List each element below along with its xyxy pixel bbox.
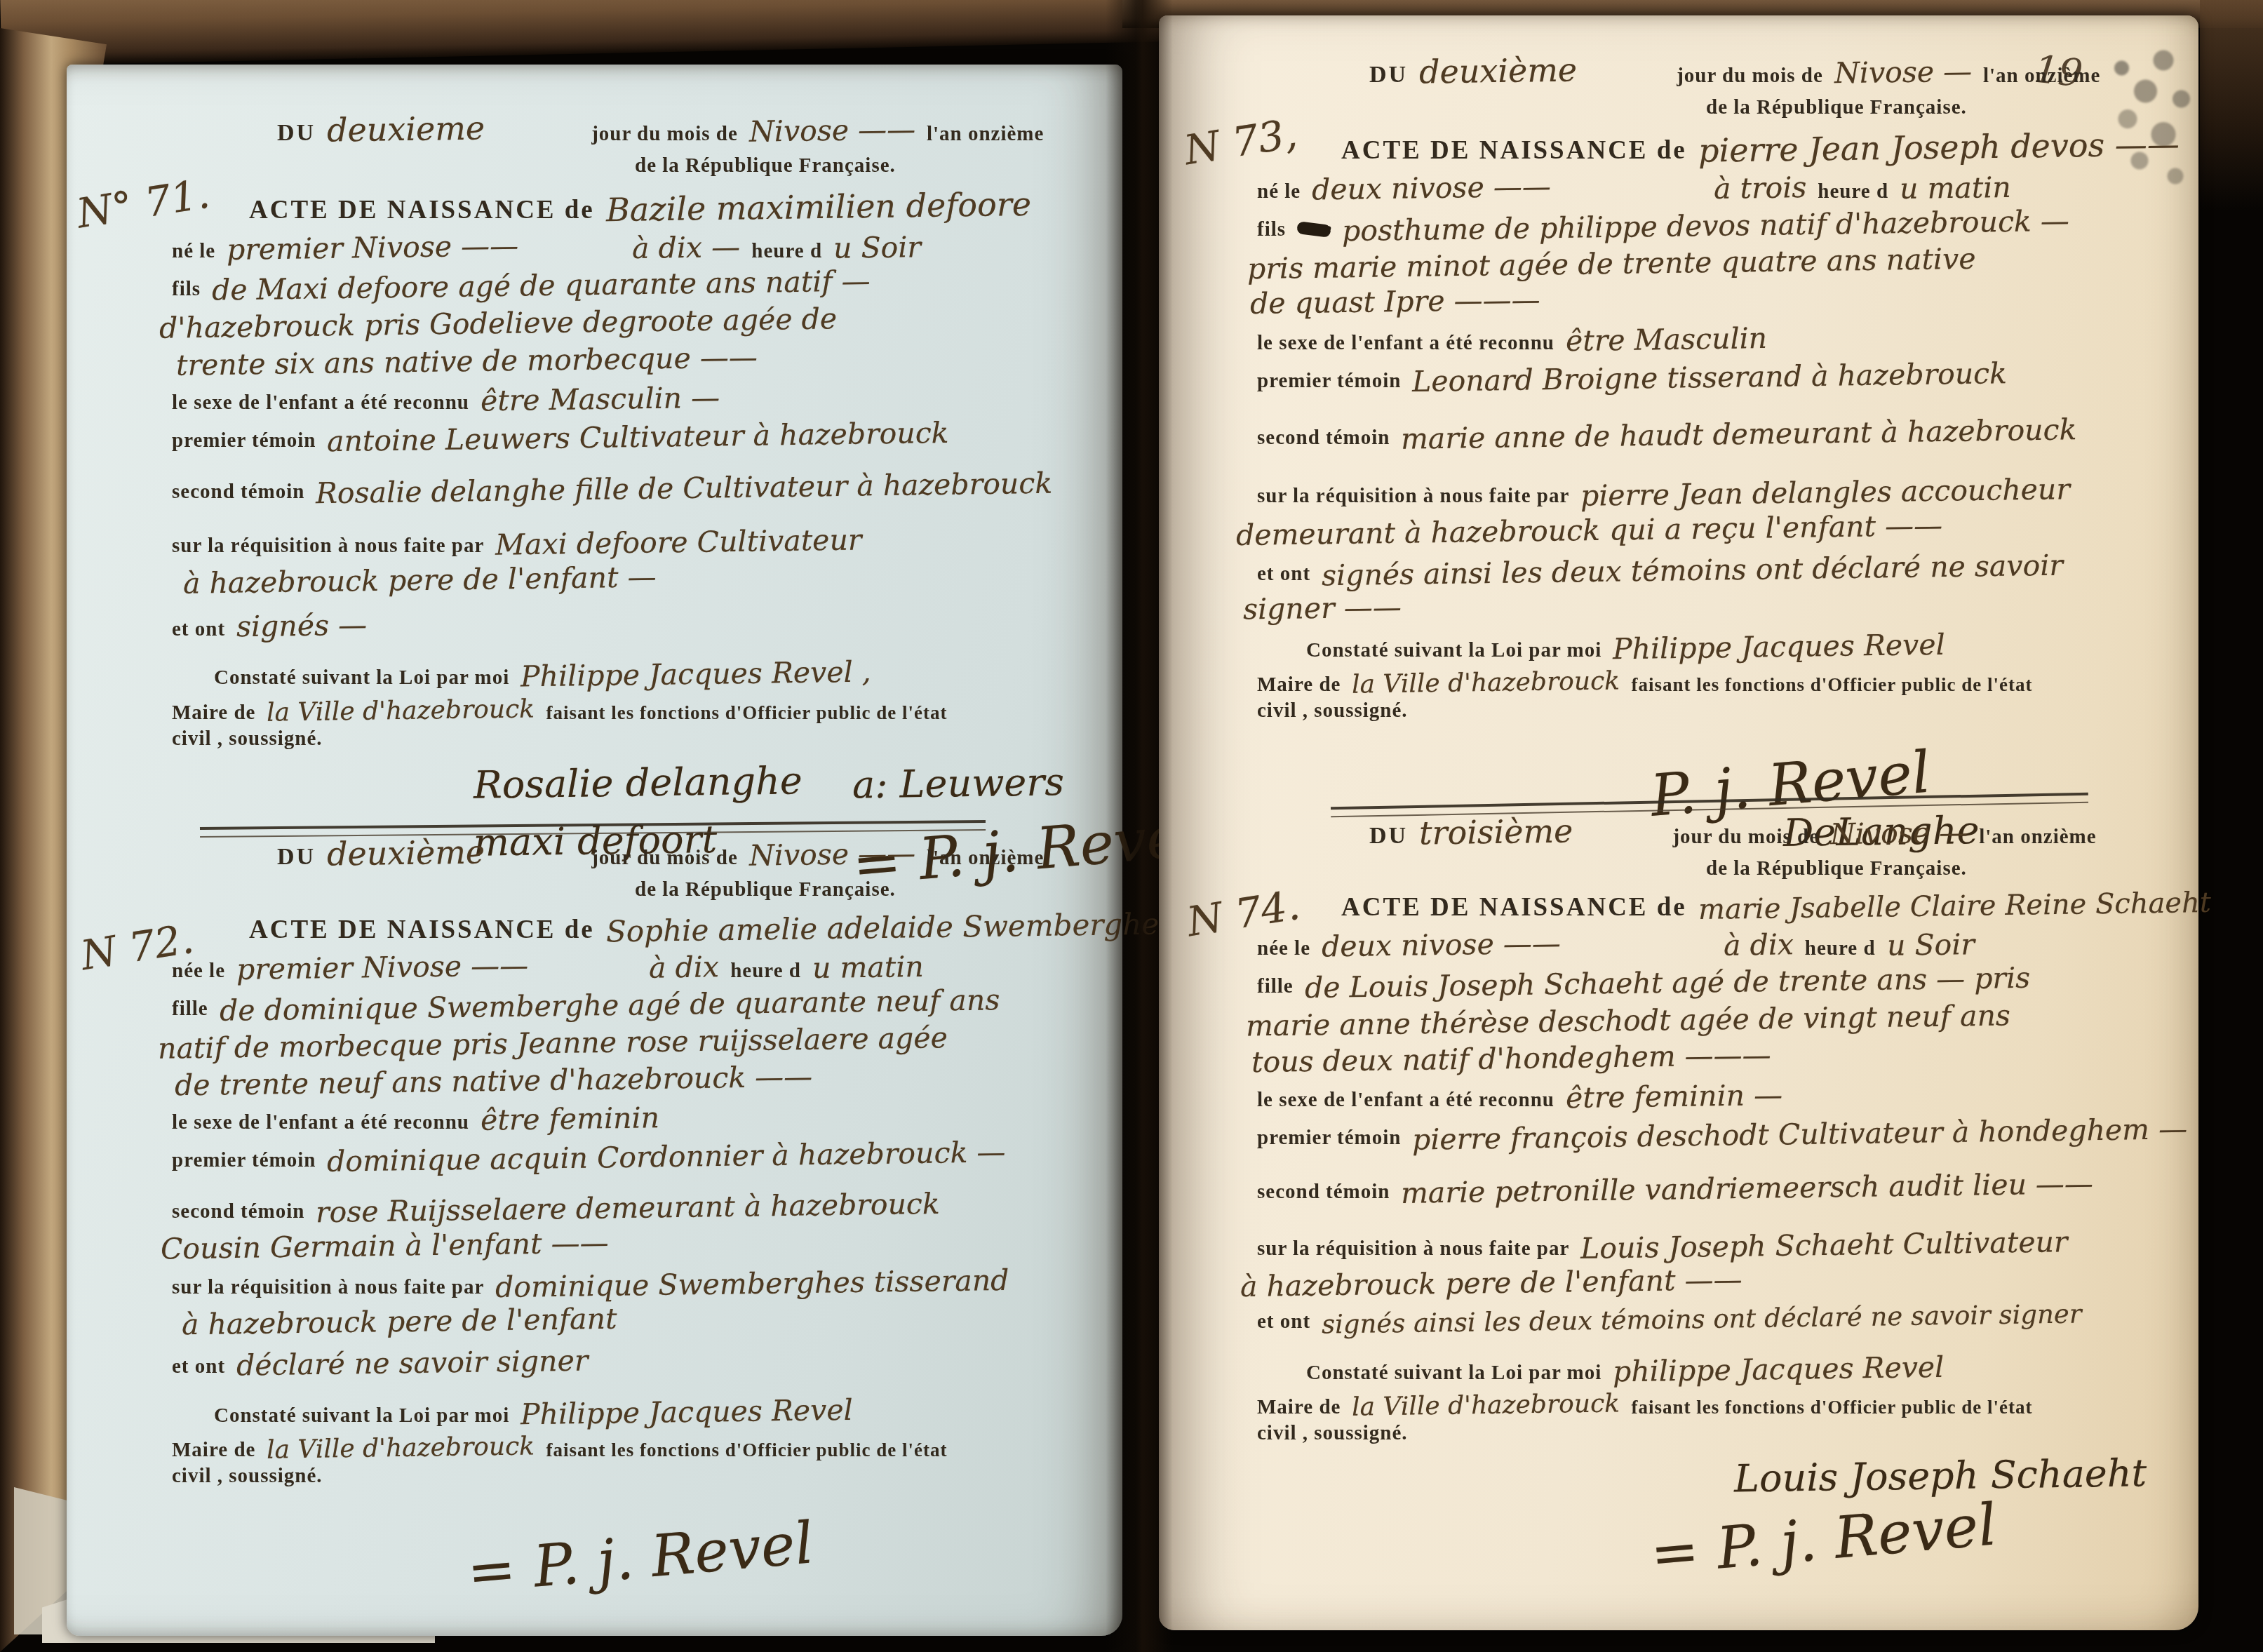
acte-label: ACTE DE NAISSANCE de (1341, 892, 1687, 922)
republique-line: de la République Française. (635, 154, 1098, 177)
civil-label: civil , soussigné. (1257, 1422, 1408, 1445)
premier-temoin-label: premier témoin (172, 429, 316, 452)
jour-label: jour du mois de (591, 123, 738, 146)
witness2-line: second témoin Rosalie delanghe fille de … (172, 474, 1098, 504)
signature-a-leuwers: a: Leuwers (852, 760, 1200, 805)
day-entry: deuxième (1419, 53, 1578, 88)
mother-entry: natif de morbecque pris Jeanne rose ruij… (158, 1023, 948, 1064)
witness2-entry: marie petronille vandriemeersch audit li… (1401, 1169, 2093, 1209)
an-label: l'an onzième (927, 847, 1044, 870)
acte-label: ACTE DE NAISSANCE de (1341, 135, 1687, 166)
requisition-label: sur la réquisition à nous faite par (172, 1276, 484, 1299)
witness2-entry-2: Cousin Germain à l'enfant —— (161, 1228, 609, 1265)
constate-label: Constaté suivant la Loi par moi (214, 1404, 509, 1428)
requisitioner-entry-2: à hazebrouck pere de l'enfant (182, 1304, 617, 1341)
du-label: DU (1369, 823, 1408, 849)
birth-date: premier Nivose —— (236, 951, 529, 985)
book-binding-top (0, 0, 1166, 66)
official-name: Philippe Jacques Revel (1613, 629, 1945, 664)
month-entry: Nivose — (1834, 57, 1972, 89)
official-name: Philippe Jacques Revel (521, 1395, 853, 1430)
requisitioner-entry: Louis Joseph Schaeht Cultivateur (1580, 1227, 2068, 1264)
fille-label: fille (1257, 975, 1294, 998)
ville-entry: la Ville d'hazebrouck (1352, 668, 1620, 698)
register-photo: N° 71. DU deuxieme jour du mois de Nivos… (0, 0, 2263, 1652)
witness2-line: second témoin rose Ruijsselaere demeuran… (172, 1193, 1098, 1223)
second-temoin-label: second témoin (172, 481, 304, 504)
mother-entry-2: de trente neuf ans native d'hazebrouck —… (175, 1062, 813, 1101)
parent-line: fils de Maxi defoore agé de quarante ans… (172, 271, 1098, 301)
republique-line: de la République Française. (1706, 96, 2183, 119)
witness1-entry: Leonard Broigne tisserand à hazebrouck (1412, 358, 2007, 397)
signed-line: et ont déclaré ne savoir signer (172, 1348, 1098, 1378)
left-page: N° 71. DU deuxieme jour du mois de Nivos… (67, 65, 1122, 1636)
an-label: l'an onzième (927, 123, 1044, 146)
sexe-label: le sexe de l'enfant a été reconnu (172, 391, 469, 415)
sex-entry: être Masculin (1566, 323, 1768, 356)
child-name: pierre Jean Joseph devos —— (1698, 127, 2179, 168)
et-ont-label: et ont (1257, 1310, 1310, 1334)
month-entry: Nivose — (1830, 818, 1968, 850)
maire-line: Maire de la Ville d'hazebrouck faisant l… (1257, 670, 2183, 697)
month-entry: Nivose —— (748, 838, 915, 871)
fonctions-label: faisant les fonctions d'Officier public … (1631, 1397, 2032, 1418)
requisition-line-2: demeurant à hazebrouck qui a reçu l'enfa… (1236, 516, 2183, 546)
acte-label: ACTE DE NAISSANCE de (249, 915, 595, 945)
maire-line: Maire de la Ville d'hazebrouck faisant l… (172, 1435, 1098, 1462)
sexe-label: le sexe de l'enfant a été reconnu (1257, 1089, 1554, 1112)
fils-label: fils (1257, 218, 1286, 241)
parent-line: pris marie minot agée de trente quatre a… (1247, 249, 2183, 279)
sex-entry: être feminin — (1566, 1080, 1783, 1113)
parent-line: fils posthume de philippe devos natif d'… (1257, 211, 2183, 241)
republique-label: de la République Française. (635, 154, 896, 177)
constate-line: Constaté suivant la Loi par moi Philippe… (1306, 632, 2183, 662)
birth-period: u matin (812, 952, 924, 983)
acte-line: ACTE DE NAISSANCE de pierre Jean Joseph … (1341, 130, 2183, 166)
sex-line: le sexe de l'enfant a été reconnu être f… (172, 1104, 1098, 1134)
constate-line: Constaté suivant la Loi par moi philippe… (1306, 1355, 2183, 1385)
requisition-line: sur la réquisition à nous faite par Loui… (1257, 1230, 2183, 1261)
sexe-label: le sexe de l'enfant a été reconnu (1257, 332, 1554, 355)
father-entry: de Louis Joseph Schaeht agé de trente an… (1304, 963, 2030, 1003)
requisitioner-entry: pierre Jean delangles accoucheur (1580, 474, 2071, 511)
civil-label: civil , soussigné. (172, 727, 323, 751)
requisition-label: sur la réquisition à nous faite par (172, 535, 484, 558)
maire-label: Maire de (1257, 673, 1341, 697)
day-entry: deuxième (327, 835, 485, 871)
sex-entry: être feminin (481, 1103, 660, 1136)
civil-line: civil , soussigné. (1257, 1422, 2183, 1445)
month-entry: Nivose —— (748, 114, 915, 147)
jour-label: jour du mois de (1677, 65, 1823, 88)
father-entry: posthume de philippe devos natif d'hazeb… (1342, 206, 2069, 247)
witness2-entry: Rosalie delanghe fille de Cultivateur à … (316, 469, 1053, 509)
civil-line: civil , soussigné. (1257, 699, 2183, 723)
du-label: DU (277, 120, 316, 147)
signatures: = P. j. Revel (466, 1516, 1098, 1576)
father-entry: de dominique Swemberghe agé de quarante … (219, 985, 1000, 1026)
requisition-line: sur la réquisition à nous faite par domi… (172, 1269, 1098, 1299)
maire-line: Maire de la Ville d'hazebrouck faisant l… (1257, 1392, 2183, 1419)
day-entry: deuxieme (327, 111, 485, 147)
child-name: marie Jsabelle Claire Reine Schaeht (1698, 888, 2211, 925)
father-entry: de Maxi defoore agé de quarante ans nati… (212, 266, 871, 305)
an-label: l'an onzième (1979, 826, 2096, 849)
sexe-label: le sexe de l'enfant a été reconnu (172, 1111, 469, 1134)
republique-label: de la République Française. (1706, 96, 1967, 119)
requisitioner-entry-2: demeurant à hazebrouck qui a reçu l'enfa… (1236, 511, 1943, 551)
heure-label: heure d (730, 960, 801, 983)
mother-entry-2: de quast Ipre ——— (1250, 285, 1540, 319)
witness2-line: second témoin marie anne de haudt demeur… (1257, 419, 2183, 450)
republique-label: de la République Française. (1706, 857, 1967, 880)
signed-entry: signés ainsi les deux témoins ont déclar… (1322, 551, 2063, 591)
ne-label: né le (1257, 180, 1301, 203)
jour-label: jour du mois de (1672, 826, 1819, 849)
witness2-entry: rose Ruijsselaere demeurant à hazebrouck (316, 1189, 940, 1228)
date-header: DU troisième jour du mois de Nivose — l'… (1369, 815, 2183, 849)
official-name: philippe Jacques Revel (1613, 1352, 1945, 1388)
jour-label: jour du mois de (591, 847, 738, 870)
witness1-line: premier témoin antoine Leuwers Cultivate… (172, 422, 1098, 452)
signatures: Louis Joseph Schaeht = P. j. Revel (1650, 1456, 2183, 1562)
du-label: DU (277, 844, 316, 871)
parent-line: d'hazebrouck pris Godelieve degroote agé… (159, 309, 1098, 339)
requisitioner-entry: Maxi defoore Cultivateur (495, 525, 862, 560)
birth-date: deux nivose —— (1322, 929, 1561, 962)
acte-label: ACTE DE NAISSANCE de (249, 195, 595, 225)
requisitioner-entry-2: à hazebrouck pere de l'enfant — (183, 563, 657, 599)
ne-label: né le (172, 240, 215, 263)
child-name: Bazile maximilien defoore (605, 187, 1031, 227)
parent-line: de quast Ipre ——— (1250, 287, 2183, 317)
ville-entry: la Ville d'hazebrouck (267, 1433, 535, 1463)
signature-rosalie-delanghe: Rosalie delanghe (474, 760, 853, 805)
birth-date: deux nivose —— (1312, 172, 1551, 206)
constate-label: Constaté suivant la Loi par moi (214, 666, 509, 690)
birth-record-73: DU deuxième jour du mois de Nivose — l'a… (1257, 54, 2183, 850)
birth-hour: à dix (649, 952, 720, 983)
witness2-entry: marie anne de haudt demeurant à hazebrou… (1401, 415, 2077, 455)
mother-entry: marie anne thérèse deschodt agée de ving… (1246, 1000, 2010, 1041)
acte-line: ACTE DE NAISSANCE de Bazile maximilien d… (249, 190, 1098, 225)
mother-entry: pris marie minot agée de trente quatre a… (1247, 244, 1976, 285)
witness1-line: premier témoin dominique acquin Cordonni… (172, 1142, 1098, 1172)
parent-line: marie anne thérèse deschodt agée de ving… (1246, 1006, 2183, 1036)
constate-line: Constaté suivant la Loi par moi Philippe… (214, 659, 1098, 690)
ville-entry: la Ville d'hazebrouck (267, 696, 535, 726)
parent-line: fille de Louis Joseph Schaeht agé de tre… (1257, 968, 2183, 998)
ne-label: née le (172, 960, 225, 983)
parent-line: natif de morbecque pris Jeanne rose ruij… (158, 1028, 1098, 1059)
requisition-line-2: à hazebrouck pere de l'enfant (182, 1307, 1098, 1337)
acte-line: ACTE DE NAISSANCE de marie Jsabelle Clai… (1341, 892, 2183, 922)
date-header: DU deuxieme jour du mois de Nivose —— l'… (277, 112, 1098, 147)
mother-entry: d'hazebrouck pris Godelieve degroote agé… (159, 304, 838, 344)
constate-label: Constaté suivant la Loi par moi (1306, 639, 1601, 662)
et-ont-label: et ont (1257, 563, 1310, 586)
witness2-line: second témoin marie petronille vandrieme… (1257, 1174, 2183, 1204)
date-header: DU deuxième jour du mois de Nivose —— l'… (277, 836, 1098, 871)
et-ont-label: et ont (172, 618, 225, 641)
parent-line: trente six ans native de morbecque —— (176, 347, 1098, 377)
ville-entry: la Ville d'hazebrouck (1352, 1391, 1620, 1421)
et-ont-label: et ont (172, 1355, 225, 1378)
parent-line: de trente neuf ans native d'hazebrouck —… (175, 1066, 1098, 1096)
maire-label: Maire de (1257, 1396, 1341, 1419)
birth-hour: à dix (1724, 929, 1794, 960)
birth-period: u Soir (1886, 929, 1975, 961)
heure-label: heure d (1818, 180, 1888, 203)
maire-label: Maire de (172, 1439, 255, 1462)
mother-entry-2: trente six ans native de morbecque —— (176, 342, 758, 381)
fonctions-label: faisant les fonctions d'Officier public … (546, 1439, 947, 1461)
witness1-entry: dominique acquin Cordonnier à hazebrouck… (327, 1137, 1006, 1177)
heure-label: heure d (1805, 937, 1876, 960)
second-temoin-label: second témoin (1257, 1181, 1390, 1204)
requisitioner-entry: dominique Swemberghes tisserand (495, 1265, 1009, 1303)
fils-label: fils (172, 278, 201, 301)
du-label: DU (1369, 62, 1408, 88)
parent-line: tous deux natif d'hondeghem ——— (1251, 1044, 2183, 1074)
fonctions-label: faisant les fonctions d'Officier public … (546, 702, 947, 724)
requisition-line-2: à hazebrouck pere de l'enfant — (183, 565, 1098, 596)
child-name: Sophie amelie adelaide Swemberghe (606, 908, 1160, 947)
acte-line: ACTE DE NAISSANCE de Sophie amelie adela… (249, 913, 1098, 945)
signed-line: et ont signés — (172, 611, 1098, 641)
birth-line: née le deux nivose —— à dix heure d u So… (1257, 930, 2183, 960)
sex-line: le sexe de l'enfant a été reconnu être M… (172, 384, 1098, 415)
an-label: l'an onzième (1983, 65, 2100, 88)
signed-line-2: signer —— (1243, 593, 2183, 624)
constate-label: Constaté suivant la Loi par moi (1306, 1362, 1601, 1385)
day-entry: troisième (1419, 814, 1573, 849)
birth-record-71: DU deuxieme jour du mois de Nivose —— l'… (172, 112, 1098, 881)
official-name: Philippe Jacques Revel , (521, 657, 871, 692)
constate-line: Constaté suivant la Loi par moi Philippe… (214, 1397, 1098, 1428)
birth-hour: à dix — (632, 232, 741, 264)
signed-line: et ont signés ainsi les deux témoins ont… (1257, 1306, 2183, 1334)
signed-entry: déclaré ne savoir signer (236, 1346, 589, 1381)
witness1-entry: pierre françois deschodt Cultivateur à h… (1412, 1115, 2188, 1155)
civil-line: civil , soussigné. (172, 1465, 1098, 1488)
signed-line: et ont signés ainsi les deux témoins ont… (1257, 556, 2183, 586)
sex-line: le sexe de l'enfant a été reconnu être f… (1257, 1082, 2183, 1112)
republique-line: de la République Française. (1706, 857, 2183, 880)
mother-entry-2: tous deux natif d'hondeghem ——— (1251, 1040, 1771, 1077)
republique-line: de la République Française. (635, 878, 1098, 901)
civil-label: civil , soussigné. (172, 1465, 323, 1488)
signature-pj-revel: = P. j. Revel (465, 1489, 1099, 1604)
second-temoin-label: second témoin (1257, 427, 1390, 450)
requisition-label: sur la réquisition à nous faite par (1257, 485, 1569, 508)
birth-record-72: DU deuxième jour du mois de Nivose —— l'… (172, 836, 1098, 1576)
civil-label: civil , soussigné. (1257, 699, 1408, 723)
fonctions-label: faisant les fonctions d'Officier public … (1631, 674, 2032, 696)
requisitioner-entry-2: à hazebrouck pere de l'enfant —— (1240, 1265, 1742, 1302)
birth-period: u matin (1900, 173, 2011, 204)
sex-entry: être Masculin — (481, 383, 720, 417)
birth-record-74: DU troisième jour du mois de Nivose — l'… (1257, 815, 2183, 1562)
ink-blot (1296, 221, 1331, 238)
date-header: DU deuxième jour du mois de Nivose — l'a… (1369, 54, 2183, 88)
republique-label: de la République Française. (635, 878, 896, 901)
requisition-line: sur la réquisition à nous faite par pier… (1257, 478, 2183, 508)
birth-date: premier Nivose —— (227, 231, 519, 265)
ne-label: née le (1257, 937, 1310, 960)
witness1-entry: antoine Leuwers Cultivateur à hazebrouck (327, 418, 949, 457)
sex-line: le sexe de l'enfant a été reconnu être M… (1257, 325, 2183, 355)
maire-line: Maire de la Ville d'hazebrouck faisant l… (172, 698, 1098, 725)
witness2-line-2: Cousin Germain à l'enfant —— (161, 1231, 1098, 1261)
maire-label: Maire de (172, 701, 255, 725)
heure-label: heure d (751, 240, 822, 263)
birth-hour: à trois (1714, 173, 1807, 204)
signed-entry-2: signer —— (1243, 593, 1402, 625)
signed-entry: signés — (236, 610, 368, 643)
second-temoin-label: second témoin (172, 1200, 304, 1223)
right-page: 19 N 73, DU deuxième jour du mois de Niv… (1159, 15, 2198, 1630)
premier-temoin-label: premier témoin (172, 1149, 316, 1172)
witness1-line: premier témoin pierre françois deschodt … (1257, 1120, 2183, 1150)
birth-period: u Soir (833, 232, 922, 264)
birth-line: né le premier Nivose —— à dix — heure d … (172, 233, 1098, 263)
requisition-line-2: à hazebrouck pere de l'enfant —— (1240, 1268, 2183, 1298)
civil-line: civil , soussigné. (172, 727, 1098, 751)
birth-line: née le premier Nivose —— à dix heure d u… (172, 953, 1098, 983)
requisition-label: sur la réquisition à nous faite par (1257, 1237, 1569, 1261)
birth-line: né le deux nivose —— à trois heure d u m… (1257, 173, 2183, 203)
fille-label: fille (172, 998, 208, 1021)
signed-entry: signés ainsi les deux témoins ont déclar… (1322, 1301, 2082, 1339)
requisition-line: sur la réquisition à nous faite par Maxi… (172, 528, 1098, 558)
witness1-line: premier témoin Leonard Broigne tisserand… (1257, 363, 2183, 393)
premier-temoin-label: premier témoin (1257, 370, 1401, 393)
premier-temoin-label: premier témoin (1257, 1127, 1401, 1150)
parent-line: fille de dominique Swemberghe agé de qua… (172, 990, 1098, 1021)
